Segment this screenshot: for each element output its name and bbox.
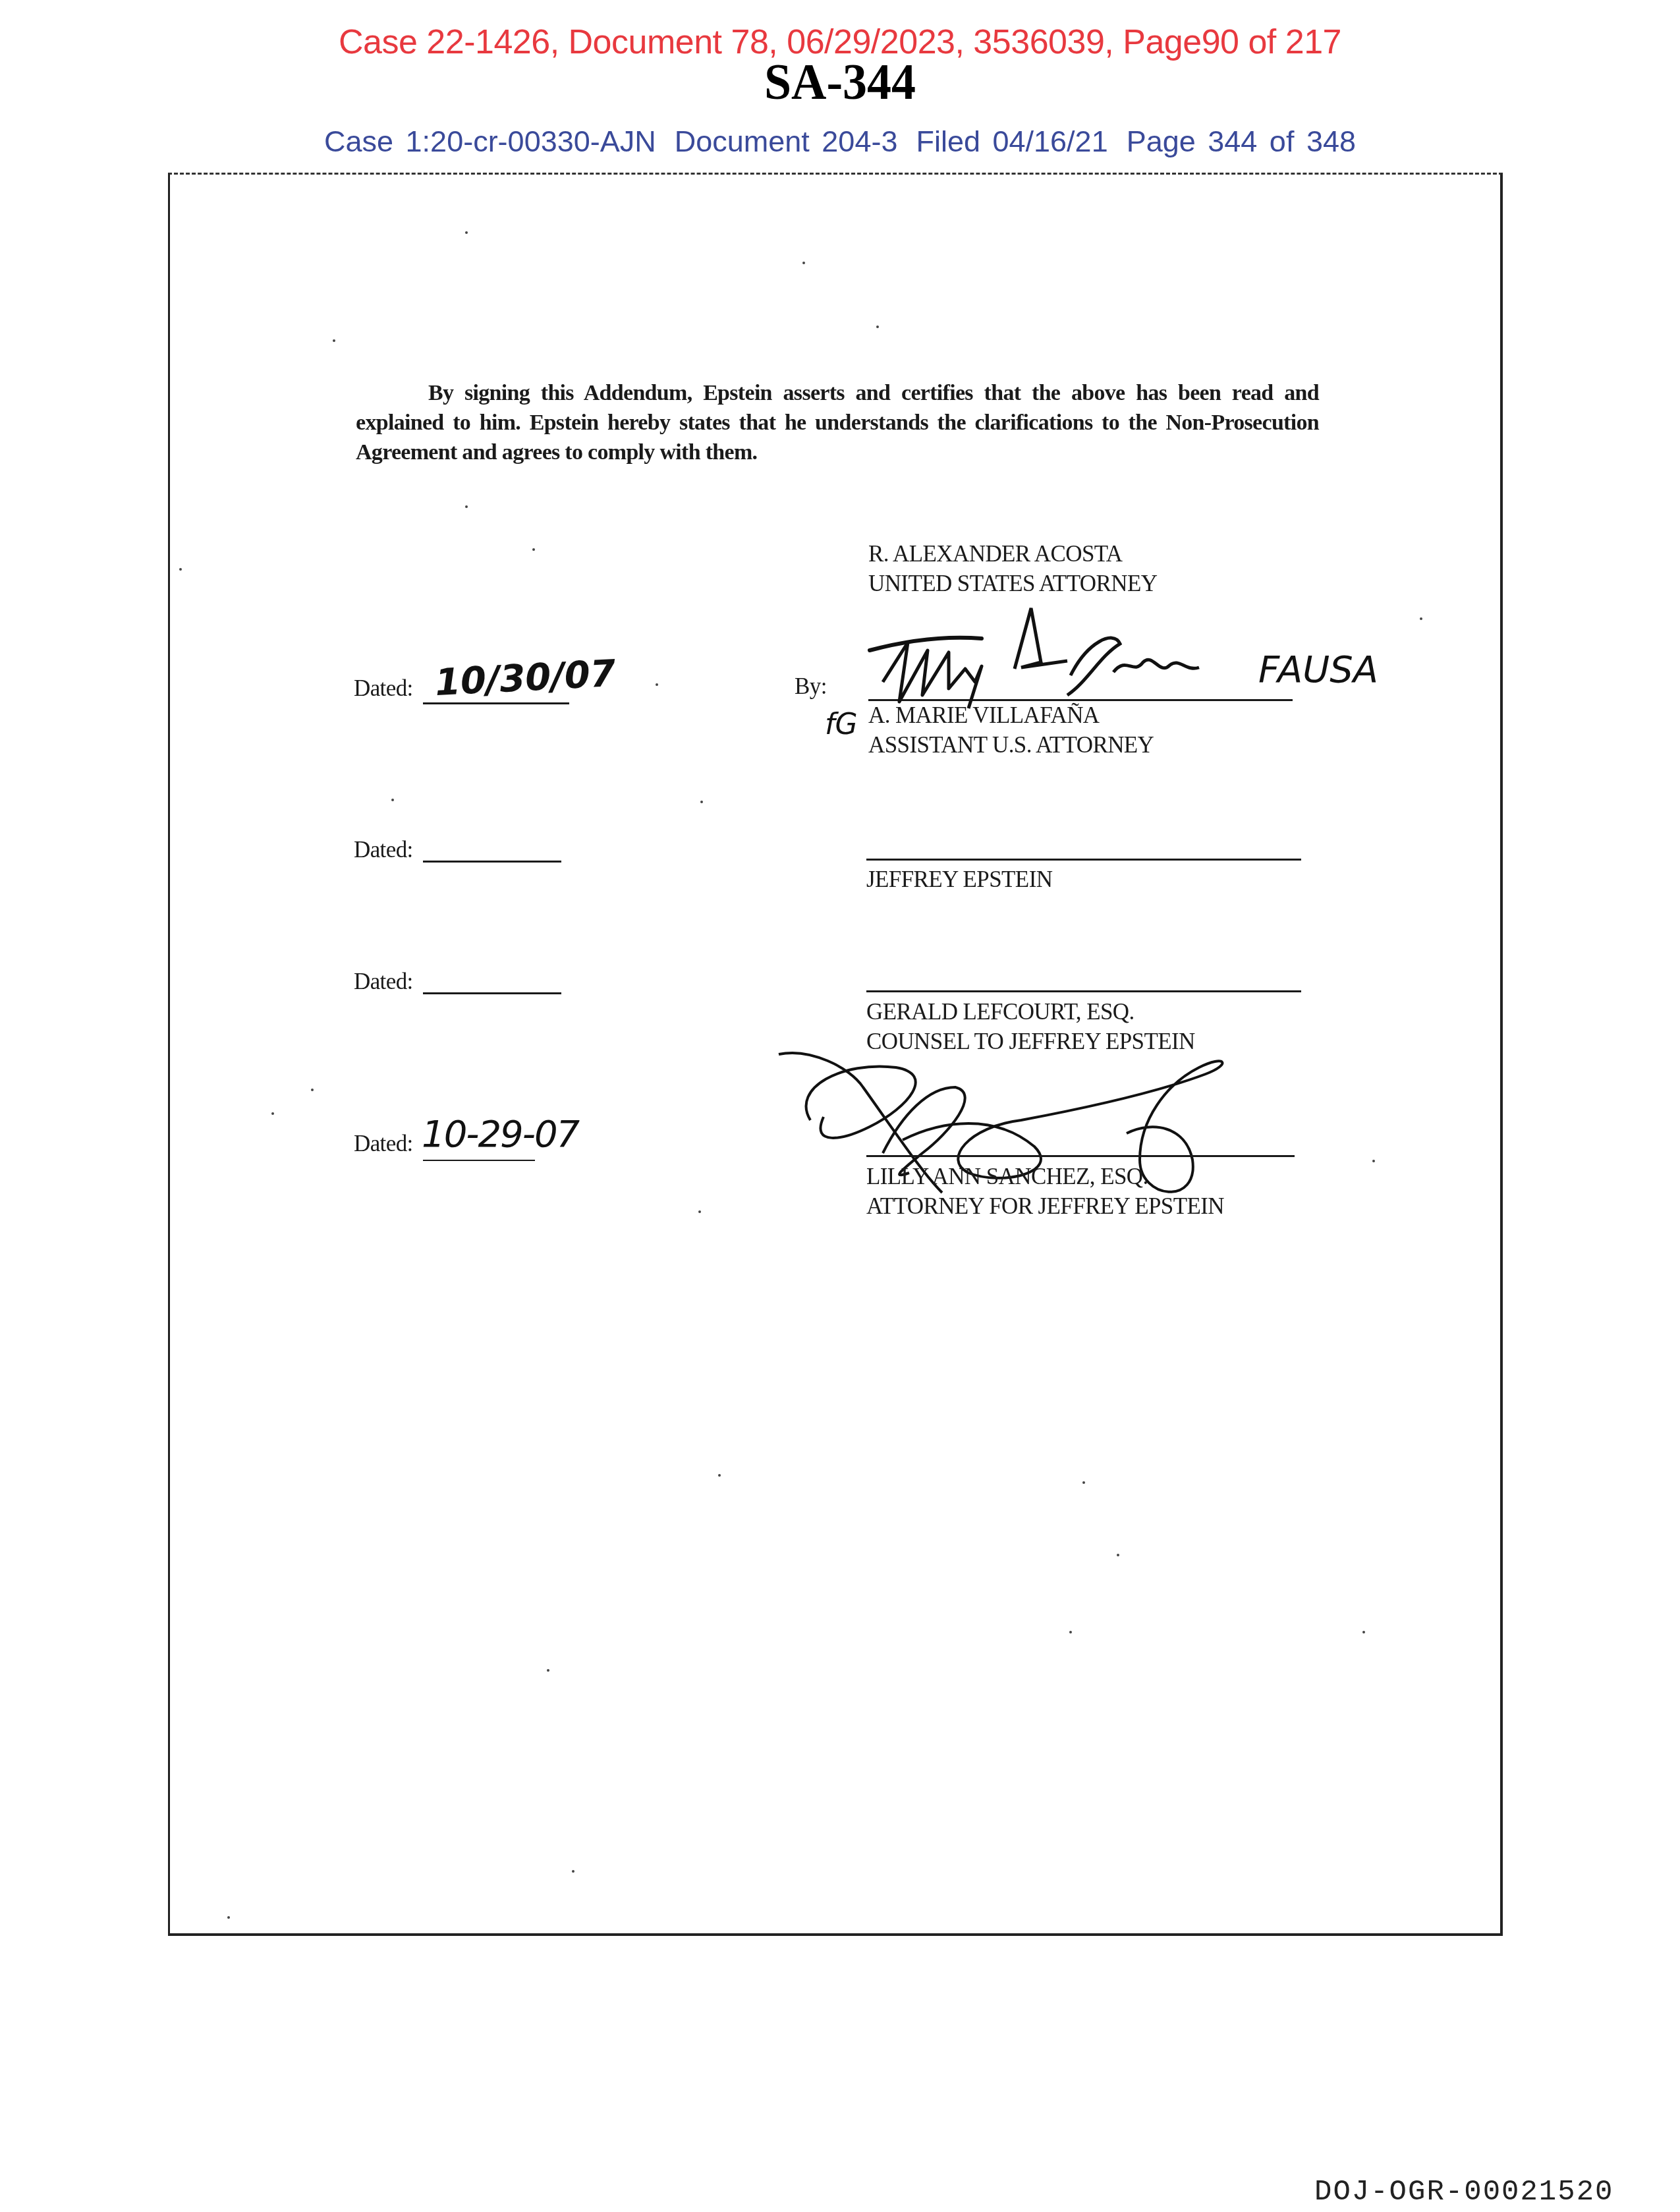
scan-speck xyxy=(802,262,805,264)
dated-label-sanchez: Dated: xyxy=(354,1132,413,1155)
scan-speck xyxy=(700,801,703,803)
scan-speck xyxy=(718,1474,721,1477)
sanchez-title: ATTORNEY FOR JEFFREY EPSTEIN xyxy=(866,1195,1224,1218)
scan-speck xyxy=(1117,1554,1119,1556)
scan-speck xyxy=(391,799,394,801)
scan-speck xyxy=(465,231,468,234)
addendum-certification-paragraph: By signing this Addendum, Epstein assert… xyxy=(356,378,1319,467)
scan-speck xyxy=(1420,617,1422,620)
dated-label-defendant: Dated: xyxy=(354,838,413,861)
scan-speck xyxy=(532,548,535,551)
scan-speck xyxy=(1069,1631,1072,1633)
scan-speck xyxy=(1372,1160,1375,1162)
scan-speck xyxy=(698,1210,701,1213)
us-attorney-title: UNITED STATES ATTORNEY xyxy=(868,572,1157,595)
lefcourt-name: GERALD LEFCOURT, ESQ. xyxy=(866,1000,1134,1023)
by-label: By: xyxy=(795,675,827,698)
paragraph-text: By signing this Addendum, Epstein assert… xyxy=(356,381,1319,465)
scan-speck xyxy=(1082,1481,1085,1484)
scan-speck xyxy=(876,326,879,328)
stamp-filed-date: Filed 04/16/21 xyxy=(916,125,1107,158)
signature-line-defendant[interactable] xyxy=(866,859,1301,861)
scan-speck xyxy=(547,1669,549,1672)
scan-speck xyxy=(227,1916,230,1919)
scan-speck xyxy=(465,505,468,508)
scan-speck xyxy=(656,683,658,686)
us-attorney-name: R. ALEXANDER ACOSTA xyxy=(868,542,1122,565)
scan-speck xyxy=(572,1870,574,1873)
date-line-lefcourt[interactable] xyxy=(423,992,561,994)
date-line-sanchez xyxy=(423,1160,535,1161)
scan-speck xyxy=(1362,1631,1365,1633)
initials-handwritten: fG xyxy=(825,710,858,739)
signature-line-lefcourt[interactable] xyxy=(866,990,1301,992)
scan-speck xyxy=(333,339,335,342)
dated-label-usao: Dated: xyxy=(354,677,413,700)
scan-speck xyxy=(311,1089,314,1091)
handwritten-date-usao: 10/30/07 xyxy=(434,656,617,702)
sanchez-name: LILLY ANN SANCHEZ, ESQ. xyxy=(866,1165,1148,1188)
stamp-document-number: Document 204-3 xyxy=(675,125,898,158)
bates-number: DOJ-OGR-00021520 xyxy=(1314,2176,1613,2209)
handwritten-date-sanchez: 10-29-07 xyxy=(422,1116,578,1153)
appendix-page-number: SA-344 xyxy=(0,57,1680,108)
fausa-annotation: FAUSA xyxy=(1258,648,1378,691)
date-line-defendant[interactable] xyxy=(423,861,561,863)
dated-label-lefcourt: Dated: xyxy=(354,970,413,993)
defendant-name: JEFFREY EPSTEIN xyxy=(866,868,1052,891)
stamp-page-count: Page 344 of 348 xyxy=(1127,125,1356,158)
district-case-stamp: Case 1:20-cr-00330-AJNDocument 204-3File… xyxy=(0,127,1680,156)
ausa-name: A. MARIE VILLAFAÑA xyxy=(868,704,1100,727)
stamp-case-number: Case 1:20-cr-00330-AJN xyxy=(324,125,656,158)
ausa-title: ASSISTANT U.S. ATTORNEY xyxy=(868,733,1154,756)
scan-speck xyxy=(179,568,182,571)
scan-speck xyxy=(271,1112,274,1115)
signature-line-sanchez xyxy=(866,1155,1295,1157)
